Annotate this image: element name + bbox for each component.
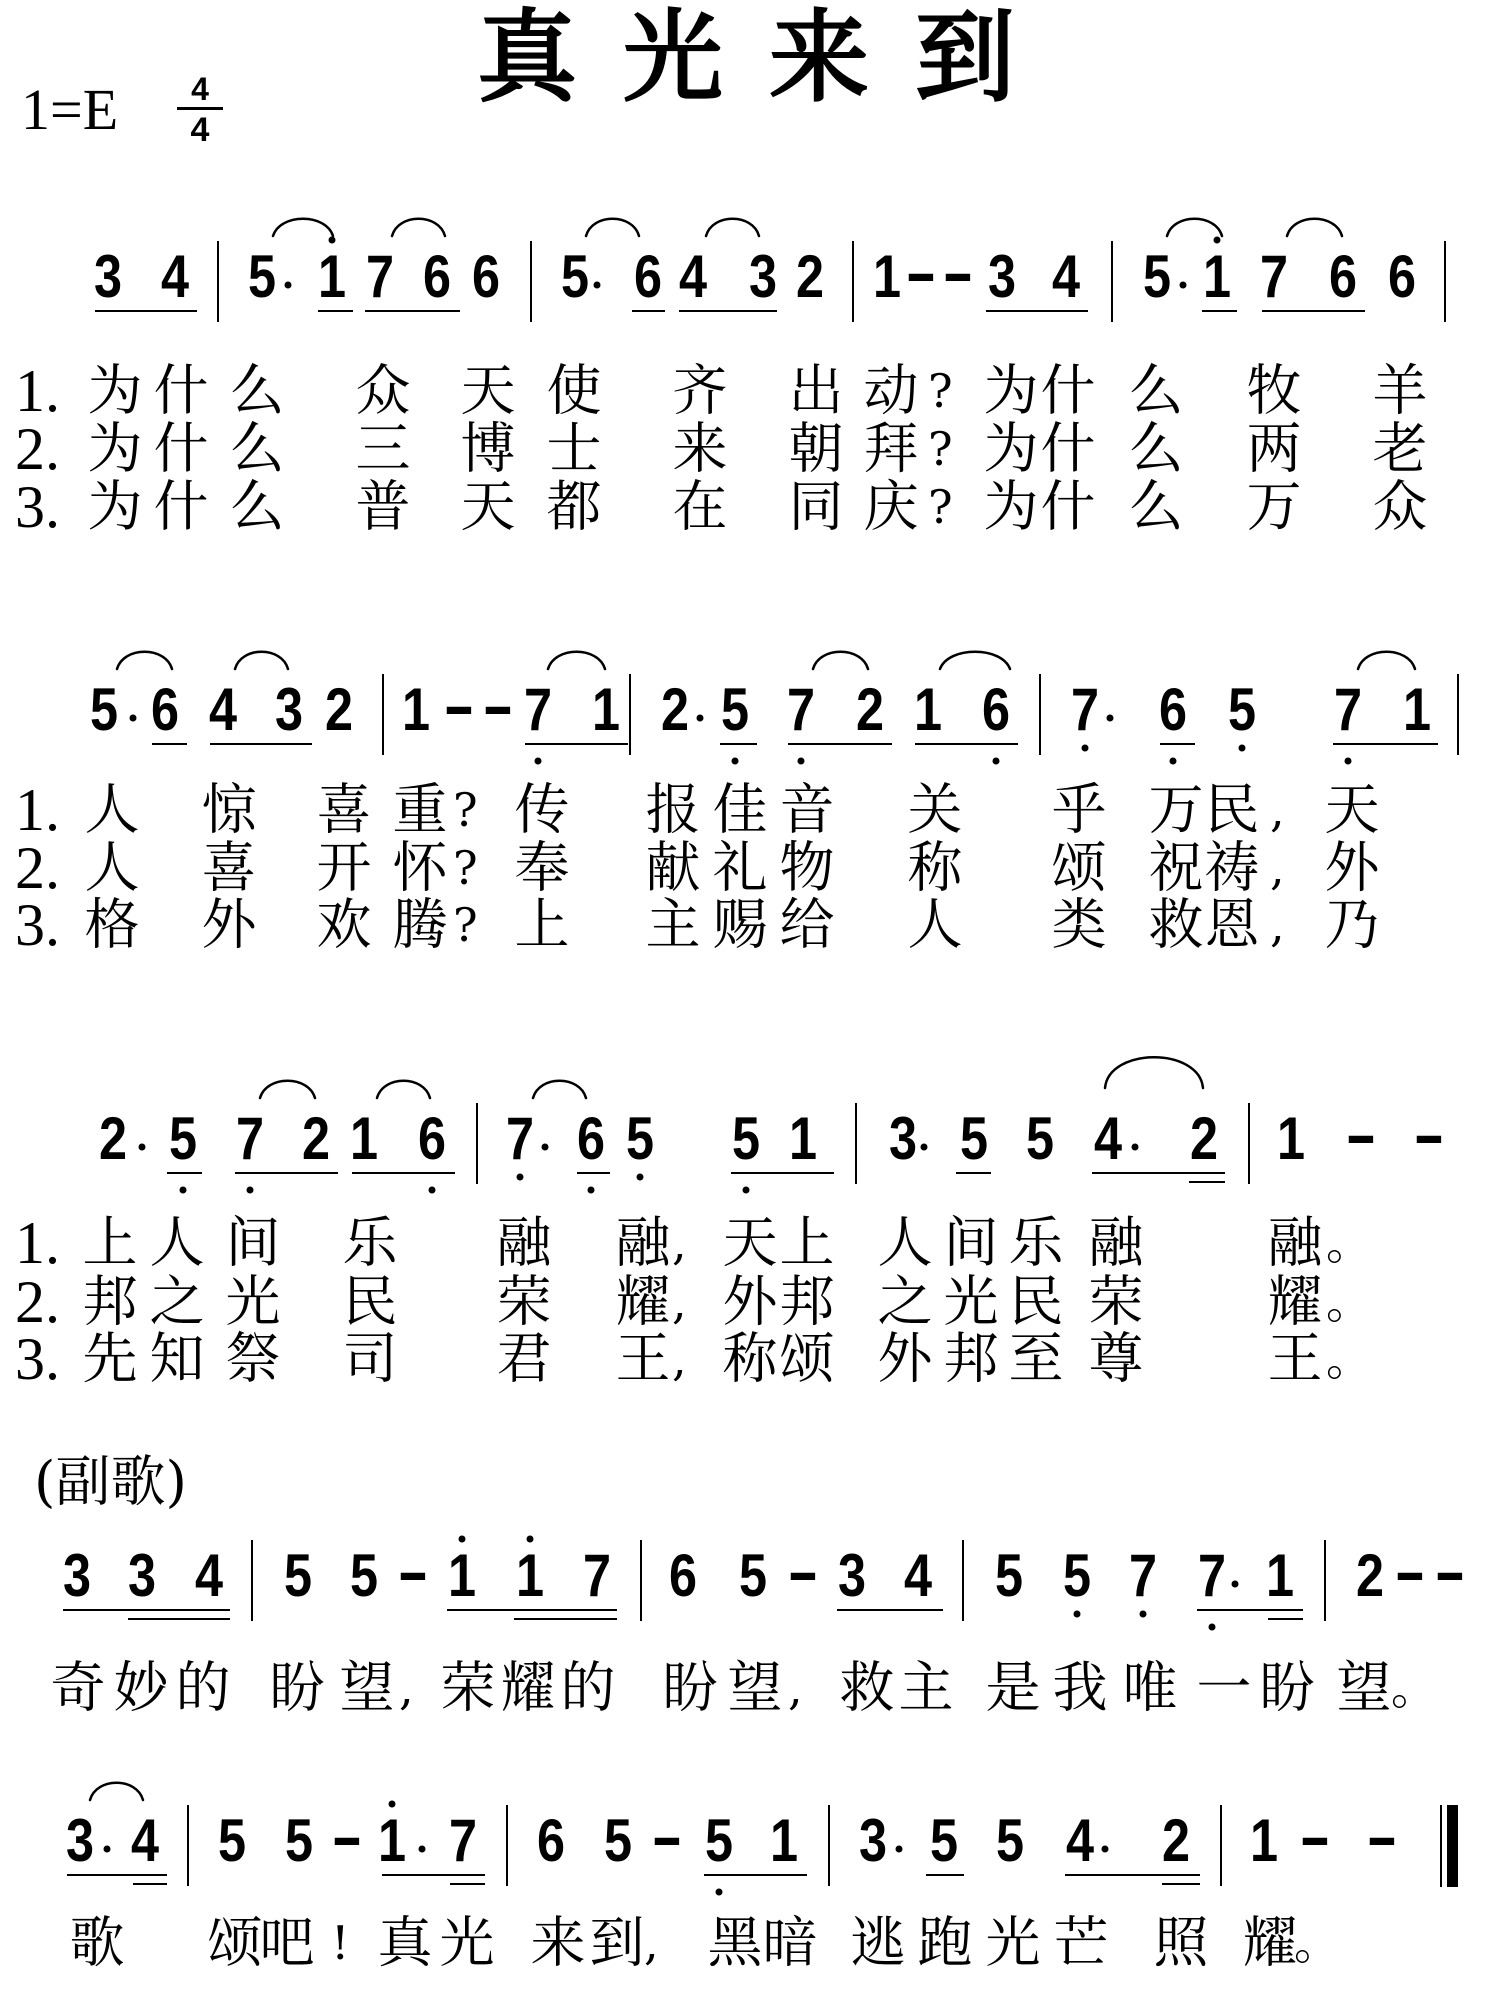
- barline: [1457, 674, 1459, 755]
- lyric-syllable: 为: [983, 422, 1038, 477]
- eighth-underline: [447, 1609, 617, 1611]
- augmentation-dot: [1180, 282, 1187, 289]
- lyric-syllable: 称: [907, 841, 962, 896]
- lyric-punctuation: !: [331, 1920, 350, 1966]
- lyric-syllable: 荣: [1088, 1275, 1143, 1330]
- lyric-syllable: 主: [898, 1661, 953, 1716]
- lyric-syllable: 盼: [662, 1661, 717, 1716]
- lyric-syllable: 为: [983, 480, 1038, 535]
- lyric-syllable: 庆: [863, 480, 918, 535]
- note: 4: [1052, 247, 1080, 307]
- lyric-syllable: 的: [175, 1661, 230, 1716]
- lyric-syllable: 动: [863, 364, 918, 419]
- sustain-dash: -: [443, 676, 475, 736]
- verse-number: 2.: [15, 838, 60, 898]
- note: 5: [626, 1109, 654, 1169]
- eighth-underline: [1333, 743, 1438, 745]
- lyric-syllable: 博: [460, 422, 515, 477]
- lyric-punctuation: ?: [453, 902, 478, 948]
- eighth-underline: [352, 1172, 455, 1174]
- octave-dot-low: [1082, 745, 1089, 752]
- octave-dot-high: [389, 1801, 396, 1808]
- note: 1: [1250, 1811, 1278, 1871]
- barline: [530, 241, 532, 322]
- verse-number: 1.: [15, 780, 60, 840]
- barline: [852, 241, 854, 322]
- note: 4: [1066, 1811, 1094, 1871]
- lyric-syllable: 称: [722, 1332, 777, 1387]
- barline: [251, 1540, 253, 1621]
- note: 1: [770, 1811, 798, 1871]
- octave-dot-low: [716, 1889, 723, 1896]
- eighth-underline: [956, 1172, 991, 1174]
- note: 5: [1228, 680, 1256, 740]
- note: 5: [732, 1109, 760, 1169]
- note: 1: [1203, 247, 1231, 307]
- slur: [548, 652, 605, 669]
- note: 5: [90, 680, 118, 740]
- lyric-punctuation: ?: [928, 484, 953, 530]
- lyric-syllable: 司: [342, 1332, 397, 1387]
- octave-dot-high: [459, 1536, 466, 1543]
- lyric-syllable: 人: [907, 898, 962, 953]
- lyric-syllable: 望: [339, 1661, 394, 1716]
- note: 5: [930, 1811, 958, 1871]
- note: 1: [1277, 1109, 1305, 1169]
- sustain-dash: -: [1299, 1807, 1331, 1867]
- lyric-punctuation: ,: [1270, 845, 1285, 891]
- lyric-punctuation: ?: [453, 787, 478, 833]
- note: 6: [537, 1811, 565, 1871]
- lyric-syllable: 士: [546, 422, 601, 477]
- lyric-syllable: 芒: [1053, 1916, 1108, 1971]
- lyric-syllable: 照: [1153, 1916, 1208, 1971]
- octave-dot-low: [1239, 745, 1246, 752]
- lyric-syllable: 融: [496, 1216, 551, 1271]
- lyric-punctuation: 。: [1326, 1336, 1372, 1382]
- time-signature-numerator: 4: [177, 73, 223, 105]
- note: 1: [1403, 680, 1431, 740]
- lyric-syllable: 音: [779, 783, 834, 838]
- lyric-syllable: 什: [153, 422, 208, 477]
- time-signature-fraction-line: [177, 107, 223, 110]
- chorus-label: (副歌): [34, 1455, 187, 1510]
- lyric-syllable: 歌: [69, 1916, 124, 1971]
- note: 1: [318, 247, 346, 307]
- lyric-syllable: 融: [615, 1216, 670, 1271]
- lyric-syllable: 什: [153, 364, 208, 419]
- octave-dot-low: [429, 1187, 436, 1194]
- lyric-syllable: 什: [1040, 422, 1095, 477]
- lyric-syllable: 天: [722, 1216, 777, 1271]
- note: 1: [402, 680, 430, 740]
- note: 6: [472, 247, 500, 307]
- lyric-syllable: 光: [943, 1275, 998, 1330]
- lyric-syllable: 什: [1040, 364, 1095, 419]
- eighth-underline: [704, 1874, 807, 1876]
- eighth-underline: [679, 310, 777, 312]
- octave-dot-low: [1140, 1611, 1147, 1618]
- note: 5: [739, 1546, 767, 1606]
- lyric-syllable: 开: [316, 841, 371, 896]
- lyric-syllable: 献: [645, 841, 700, 896]
- octave-dot-low: [1170, 758, 1177, 765]
- lyric-syllable: 来: [672, 422, 727, 477]
- octave-dot-low: [1074, 1611, 1081, 1618]
- sustain-dash: -: [1413, 1105, 1445, 1165]
- lyric-punctuation: 。: [1326, 1220, 1372, 1266]
- sustain-dash: -: [482, 676, 514, 736]
- eighth-underline: [318, 310, 353, 312]
- lyric-syllable: 到: [589, 1916, 644, 1971]
- note: 7: [1198, 1546, 1226, 1606]
- lyric-punctuation: ?: [928, 368, 953, 414]
- lyric-syllable: 唯: [1122, 1661, 1177, 1716]
- lyric-syllable: 间: [225, 1216, 280, 1271]
- lyric-syllable: 什: [153, 480, 208, 535]
- note: 2: [99, 1109, 127, 1169]
- barline: [629, 674, 631, 755]
- note: 6: [577, 1109, 605, 1169]
- augmentation-dot: [896, 1846, 903, 1853]
- time-signature: 4 4: [177, 74, 223, 146]
- lyric-syllable: 一: [1196, 1661, 1251, 1716]
- lyric-syllable: 人: [149, 1216, 204, 1271]
- lyric-syllable: 众: [1372, 480, 1427, 535]
- note: 7: [1334, 680, 1362, 740]
- eighth-underline: [382, 1874, 485, 1876]
- note: 5: [1026, 1109, 1054, 1169]
- note: 1: [378, 1811, 406, 1871]
- lyric-syllable: 么: [229, 480, 284, 535]
- eighth-underline: [67, 1874, 167, 1876]
- augmentation-dot: [1107, 715, 1114, 722]
- slur: [813, 652, 868, 669]
- slur: [1358, 652, 1415, 669]
- lyric-syllable: 我: [1052, 1661, 1107, 1716]
- sixteenth-underline: [450, 1883, 485, 1885]
- lyric-syllable: 君: [496, 1332, 551, 1387]
- lyric-syllable: 腾: [392, 898, 447, 953]
- eighth-underline: [235, 1172, 338, 1174]
- eighth-underline: [95, 310, 197, 312]
- lyric-syllable: 赐: [712, 898, 767, 953]
- note: 2: [1190, 1109, 1218, 1169]
- sustain-dash: -: [1434, 1542, 1466, 1602]
- lyric-syllable: 为: [87, 422, 142, 477]
- note: 6: [1388, 247, 1416, 307]
- lyric-syllable: 上: [779, 1216, 834, 1271]
- note: 2: [302, 1109, 330, 1169]
- verse-number: 1.: [15, 361, 60, 421]
- lyric-syllable: 之: [877, 1275, 932, 1330]
- slur: [1287, 219, 1342, 236]
- sixteenth-underline: [514, 1618, 617, 1620]
- note: 5: [218, 1811, 246, 1871]
- barline: [187, 1805, 189, 1886]
- octave-dot-high: [1214, 237, 1221, 244]
- lyric-syllable: 融: [1088, 1216, 1143, 1271]
- note: 5: [721, 680, 749, 740]
- lyric-syllable: 老: [1372, 422, 1427, 477]
- eighth-underline: [167, 1172, 202, 1174]
- lyric-syllable: 天: [460, 480, 515, 535]
- octave-dot-low: [1209, 1624, 1216, 1631]
- lyric-syllable: 逃: [850, 1916, 905, 1971]
- lyric-syllable: 么: [229, 364, 284, 419]
- augmentation-dot: [1232, 1581, 1239, 1588]
- lyric-syllable: 荣: [440, 1661, 495, 1716]
- lyric-punctuation: 。: [1326, 1279, 1372, 1325]
- slur: [117, 652, 172, 669]
- lyric-syllable: 光: [439, 1916, 494, 1971]
- octave-dot-low: [180, 1187, 187, 1194]
- note: 5: [248, 247, 276, 307]
- augmentation-dot: [130, 715, 137, 722]
- octave-dot-high: [527, 1536, 534, 1543]
- slur: [940, 652, 1010, 669]
- lyric-syllable: 耀: [1267, 1275, 1322, 1330]
- lyric-syllable: 乃: [1324, 898, 1379, 953]
- sixteenth-underline: [1268, 1618, 1303, 1620]
- eighth-underline: [1065, 1874, 1200, 1876]
- lyric-syllable: 耀: [1242, 1916, 1297, 1971]
- note: 3: [128, 1546, 156, 1606]
- lyric-syllable: 么: [1128, 364, 1183, 419]
- lyric-syllable: 乐: [1008, 1216, 1063, 1271]
- barline: [1324, 1540, 1326, 1621]
- note: 6: [669, 1546, 697, 1606]
- lyric-syllable: 为: [983, 364, 1038, 419]
- note: 5: [169, 1109, 197, 1169]
- note: 6: [634, 247, 662, 307]
- lyric-syllable: 外: [201, 898, 256, 953]
- note: 6: [151, 680, 179, 740]
- note: 7: [583, 1546, 611, 1606]
- lyric-syllable: 外: [1324, 841, 1379, 896]
- lyric-syllable: 关: [907, 783, 962, 838]
- lyric-syllable: 民: [1008, 1275, 1063, 1330]
- note: 7: [366, 247, 394, 307]
- note: 6: [1159, 680, 1187, 740]
- octave-dot-low: [743, 1187, 750, 1194]
- lyric-syllable: 普: [355, 480, 410, 535]
- eighth-underline: [152, 743, 187, 745]
- lyric-syllable: 人: [877, 1216, 932, 1271]
- sustain-dash: -: [942, 243, 974, 303]
- octave-dot-low: [535, 758, 542, 765]
- lyric-punctuation: ,: [1270, 787, 1285, 833]
- lyric-syllable: 为: [87, 480, 142, 535]
- eighth-underline: [1262, 310, 1365, 312]
- lyric-syllable: 望: [1336, 1661, 1391, 1716]
- lyric-punctuation: ,: [672, 1220, 687, 1266]
- lyric-syllable: 真: [377, 1916, 432, 1971]
- eighth-underline: [915, 743, 1018, 745]
- lyric-syllable: 众: [355, 364, 410, 419]
- note: 5: [1143, 247, 1171, 307]
- note: 3: [275, 680, 303, 740]
- lyric-syllable: 之: [149, 1275, 204, 1330]
- note: 7: [1260, 247, 1288, 307]
- sixteenth-underline: [133, 1883, 167, 1885]
- note: 1: [516, 1546, 544, 1606]
- lyric-punctuation: ,: [1270, 902, 1285, 948]
- lyric-syllable: 间: [943, 1216, 998, 1271]
- lyric-syllable: 都: [546, 480, 601, 535]
- lyric-syllable: 颂: [779, 1332, 834, 1387]
- sustain-dash: -: [905, 243, 937, 303]
- lyric-syllable: 给: [779, 898, 834, 953]
- sustain-dash: -: [651, 1807, 683, 1867]
- lyric-syllable: 喜: [316, 783, 371, 838]
- lyric-syllable: 么: [229, 422, 284, 477]
- lyric-syllable: 重: [392, 783, 447, 838]
- time-signature-denominator: 4: [177, 113, 223, 147]
- augmentation-dot: [542, 1144, 549, 1151]
- augmentation-dot: [139, 1144, 146, 1151]
- eighth-underline: [731, 1172, 834, 1174]
- note: 7: [236, 1109, 264, 1169]
- eighth-underline: [63, 1609, 230, 1611]
- lyric-syllable: 祷: [1204, 841, 1259, 896]
- lyric-syllable: 怀: [392, 841, 447, 896]
- note: 5: [285, 1811, 313, 1871]
- note: 6: [1329, 247, 1357, 307]
- lyric-syllable: 传: [514, 783, 569, 838]
- lyric-syllable: 三: [355, 422, 410, 477]
- lyric-syllable: 上: [82, 1216, 137, 1271]
- note: 4: [1094, 1109, 1122, 1169]
- lyric-syllable: 万: [1148, 783, 1203, 838]
- note: 1: [350, 1109, 378, 1169]
- barline: [476, 1103, 478, 1184]
- verse-number: 3.: [15, 1329, 60, 1389]
- lyric-punctuation: ,: [644, 1920, 659, 1966]
- note: 7: [1071, 680, 1099, 740]
- barline: [640, 1540, 642, 1621]
- lyric-syllable: 妙: [113, 1661, 168, 1716]
- note: 2: [325, 680, 353, 740]
- eighth-underline: [986, 310, 1088, 312]
- sheet-music-page: 真光来到 1=E 4 4 (副歌) 3451766564321--3451766…: [0, 0, 1500, 2013]
- augmentation-dot: [285, 282, 292, 289]
- note: 5: [284, 1546, 312, 1606]
- lyric-syllable: 么: [1128, 422, 1183, 477]
- lyric-syllable: 在: [672, 480, 727, 535]
- lyric-syllable: 是: [985, 1661, 1040, 1716]
- note: 4: [131, 1811, 159, 1871]
- final-barline-thin: [1440, 1805, 1442, 1887]
- lyric-syllable: 外: [877, 1332, 932, 1387]
- lyric-syllable: 民: [1204, 783, 1259, 838]
- eighth-underline: [1160, 743, 1195, 745]
- lyric-syllable: 恩: [1204, 898, 1259, 953]
- lyric-syllable: 佳: [712, 783, 767, 838]
- note: 7: [449, 1811, 477, 1871]
- eighth-underline: [632, 310, 665, 312]
- augmentation-dot: [104, 1846, 111, 1853]
- sixteenth-underline: [1189, 1181, 1225, 1183]
- barline: [855, 1103, 857, 1184]
- note: 3: [838, 1546, 866, 1606]
- lyric-syllable: 礼: [712, 841, 767, 896]
- note: 7: [506, 1109, 534, 1169]
- lyric-syllable: 羊: [1372, 364, 1427, 419]
- octave-dot-high: [329, 237, 336, 244]
- sustain-dash: -: [787, 1542, 819, 1602]
- note: 5: [604, 1811, 632, 1871]
- lyric-syllable: 至: [1008, 1332, 1063, 1387]
- sustain-dash: -: [397, 1542, 429, 1602]
- eighth-underline: [210, 743, 312, 745]
- note: 3: [94, 247, 122, 307]
- note: 1: [448, 1546, 476, 1606]
- barline: [1111, 241, 1113, 322]
- slur: [1167, 219, 1222, 236]
- lyric-syllable: 外: [722, 1275, 777, 1330]
- slur: [586, 219, 639, 236]
- lyric-syllable: 暗: [762, 1916, 817, 1971]
- lyric-punctuation: ,: [399, 1665, 414, 1711]
- lyric-syllable: 欢: [316, 898, 371, 953]
- lyric-syllable: 跑: [917, 1916, 972, 1971]
- note: 2: [1356, 1546, 1384, 1606]
- lyric-syllable: 来: [530, 1916, 585, 1971]
- verse-number: 3.: [15, 477, 60, 537]
- augmentation-dot: [921, 1144, 928, 1151]
- lyric-punctuation: ?: [453, 845, 478, 891]
- lyric-syllable: 牧: [1246, 364, 1301, 419]
- lyric-syllable: 耀: [615, 1275, 670, 1330]
- note: 6: [418, 1109, 446, 1169]
- slur: [260, 1081, 315, 1098]
- slur: [706, 219, 759, 236]
- lyric-syllable: 王: [1267, 1332, 1322, 1387]
- lyric-syllable: 人: [84, 783, 139, 838]
- octave-dot-low: [993, 758, 1000, 765]
- lyric-punctuation: ,: [672, 1279, 687, 1325]
- sustain-dash: -: [1394, 1542, 1426, 1602]
- lyric-syllable: 盼: [269, 1661, 324, 1716]
- barline: [1220, 1805, 1222, 1886]
- lyric-syllable: 齐: [672, 364, 727, 419]
- lyric-syllable: 出: [788, 364, 843, 419]
- eighth-underline: [577, 1172, 610, 1174]
- lyric-punctuation: ?: [928, 426, 953, 472]
- lyric-syllable: 同: [788, 480, 843, 535]
- barline: [1444, 241, 1446, 322]
- note: 6: [423, 247, 451, 307]
- slur: [377, 1081, 430, 1098]
- lyric-syllable: 吧: [259, 1916, 314, 1971]
- lyric-syllable: 奉: [514, 841, 569, 896]
- lyric-syllable: 祭: [225, 1332, 280, 1387]
- lyric-punctuation: ,: [788, 1665, 803, 1711]
- note: 3: [988, 247, 1016, 307]
- note: 2: [661, 680, 689, 740]
- lyric-syllable: 天: [460, 364, 515, 419]
- lyric-syllable: 光: [225, 1275, 280, 1330]
- note: 6: [982, 680, 1010, 740]
- lyric-syllable: 两: [1246, 422, 1301, 477]
- note: 4: [679, 247, 707, 307]
- octave-dot-low: [247, 1187, 254, 1194]
- lyric-syllable: 天: [1324, 783, 1379, 838]
- lyric-syllable: 什: [1040, 480, 1095, 535]
- lyric-syllable: 邦: [779, 1275, 834, 1330]
- barline: [962, 1540, 964, 1621]
